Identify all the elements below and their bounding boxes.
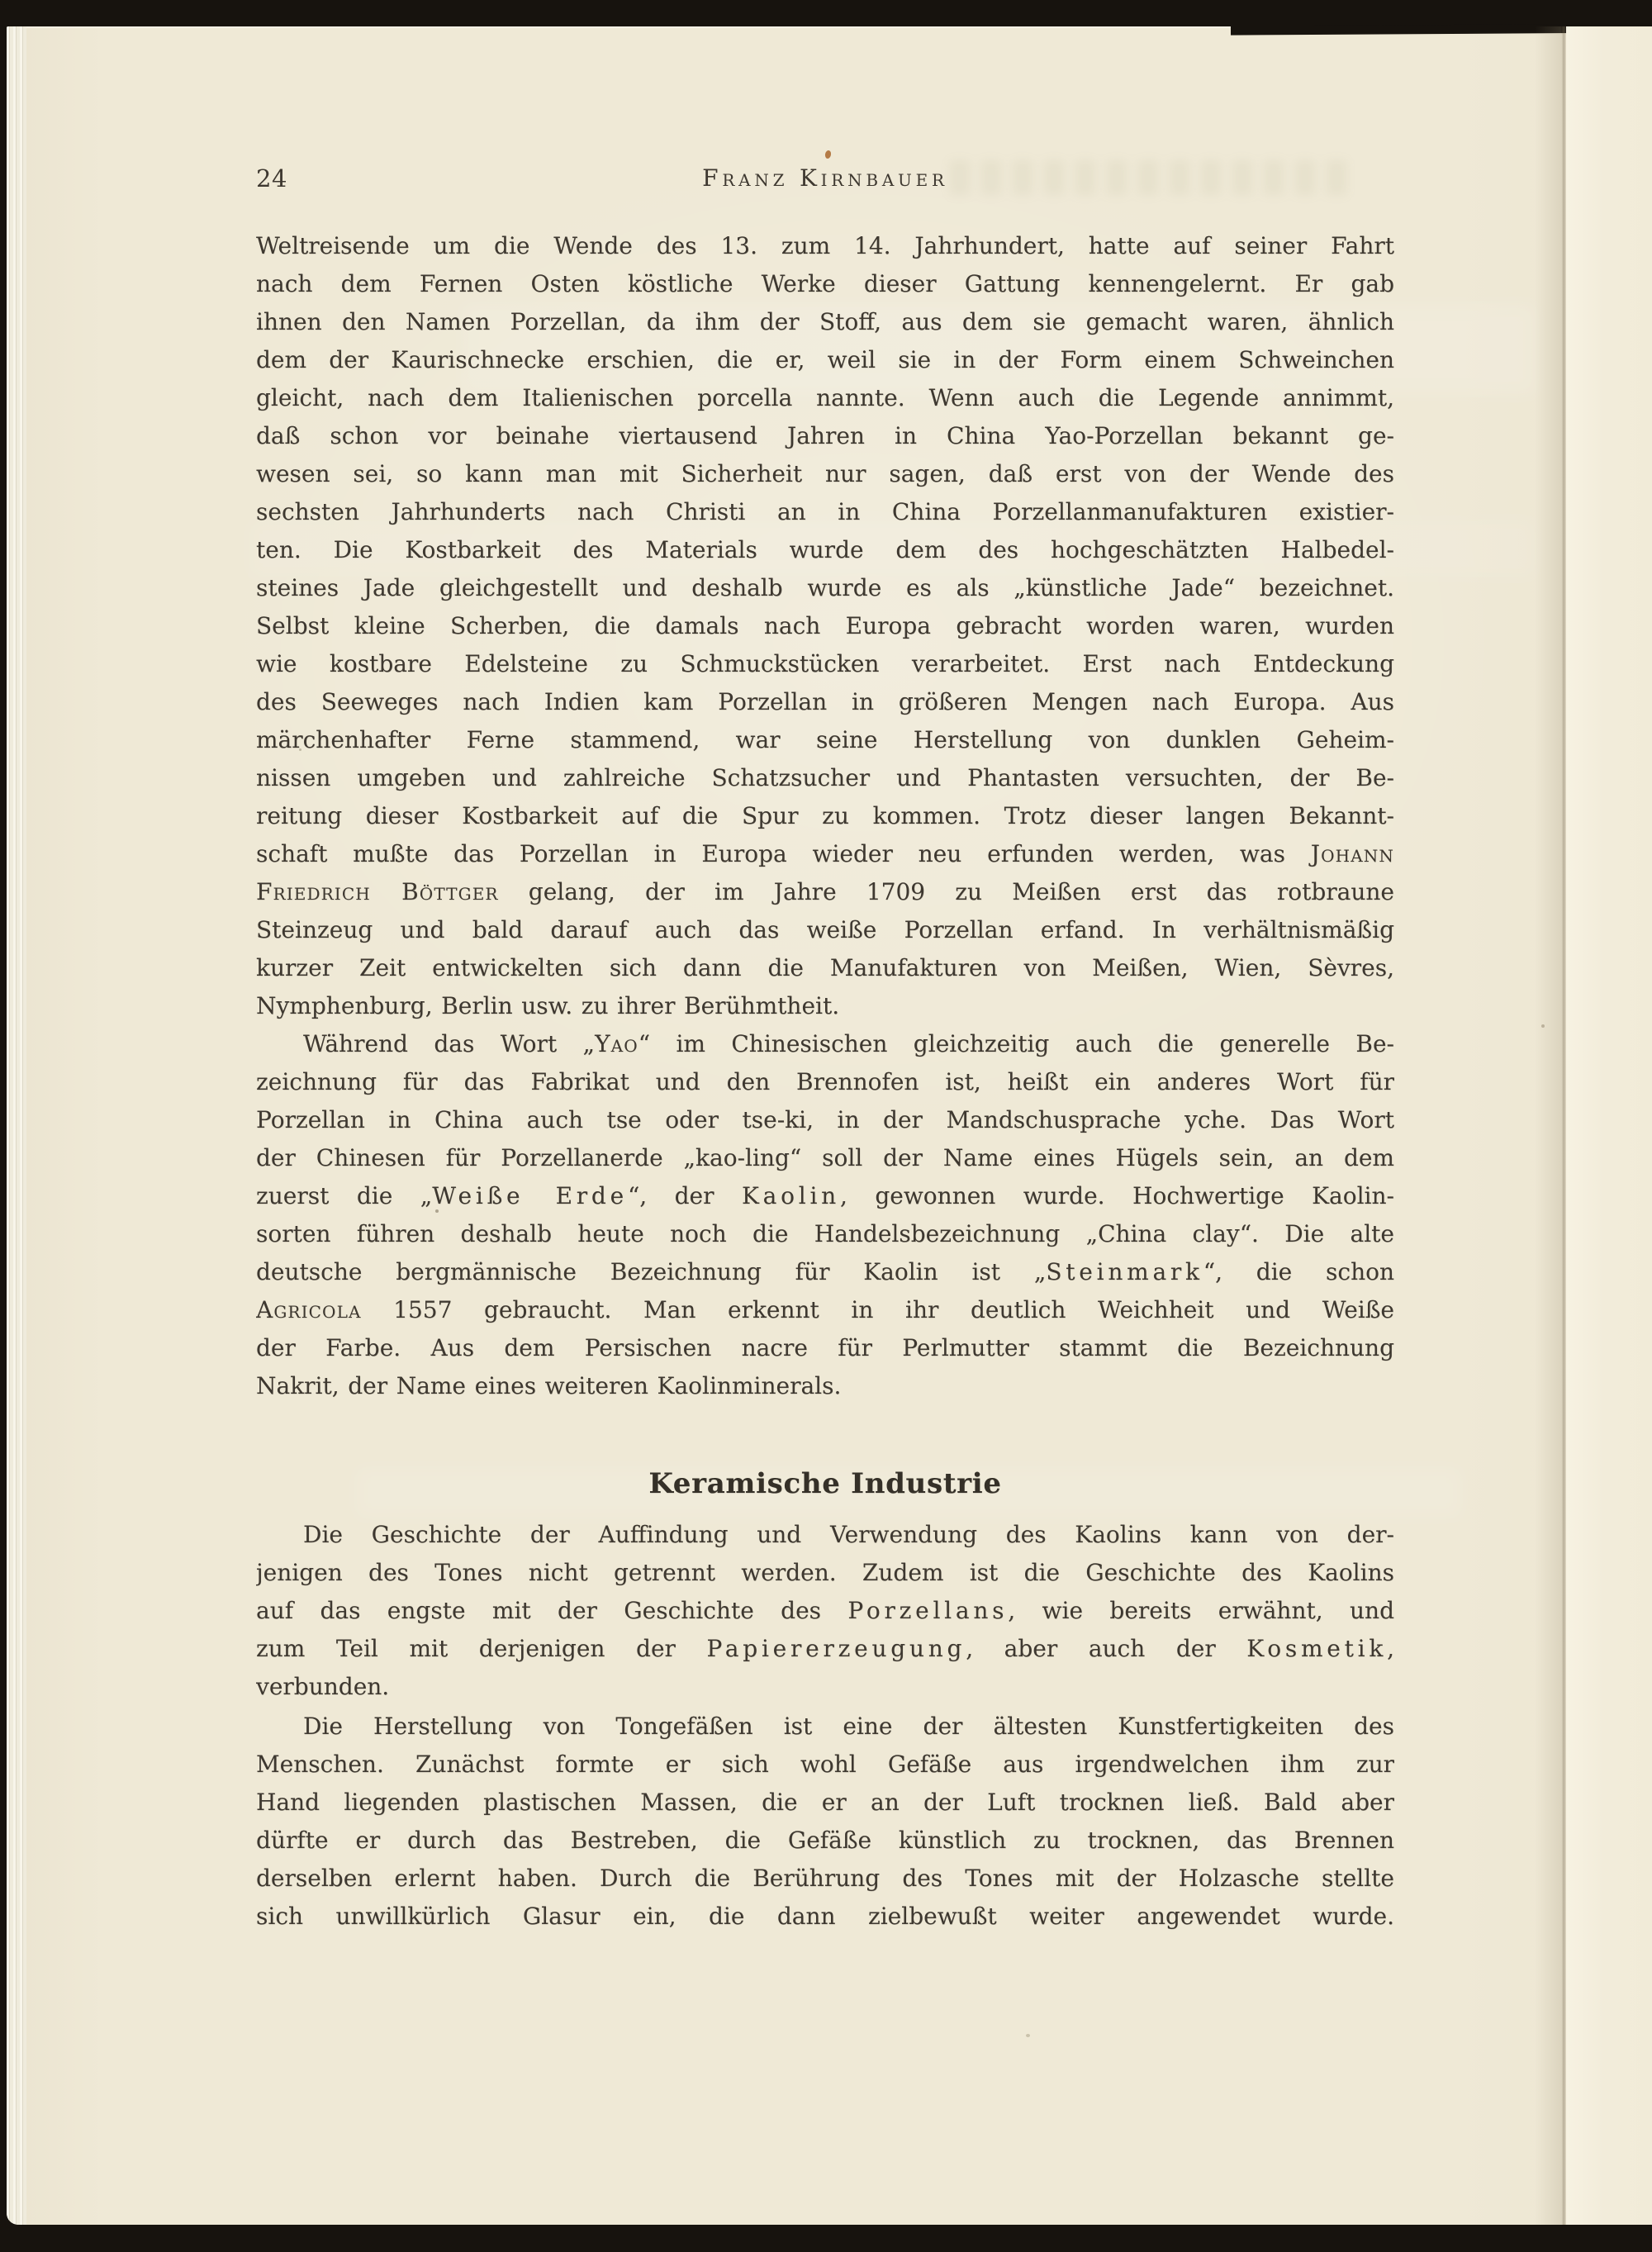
text-segment: , aber auch der	[966, 1635, 1246, 1662]
text-segment: wesen sei, so kann man mit Sicherheit nu…	[256, 460, 1394, 487]
text-line: jenigen des Tones nicht getrennt werden.…	[256, 1554, 1394, 1592]
text-segment: Die Geschichte der Auffindung und Verwen…	[303, 1521, 1394, 1548]
text-line: nach dem Fernen Osten köstliche Werke di…	[256, 265, 1394, 303]
text-line: Weltreisende um die Wende des 13. zum 14…	[256, 227, 1394, 265]
running-header: Franz Kirnbauer	[256, 164, 1394, 192]
text-segment: Nakrit, der Name eines weiteren Kaolinmi…	[256, 1372, 841, 1399]
text-line: reitung dieser Kostbarkeit auf die Spur …	[256, 797, 1394, 835]
text-line: dem der Kaurischnecke erschien, die er, …	[256, 341, 1394, 379]
gutter-shadow	[1535, 26, 1561, 2225]
text-segment: der Farbe. Aus dem Persischen nacre für …	[256, 1334, 1394, 1361]
text-segment: deutsche bergmännische Bezeichnung für K…	[256, 1258, 1046, 1285]
text-line: Selbst kleine Scherben, die damals nach …	[256, 607, 1394, 645]
text-segment: Menschen. Zunächst formte er sich wohl G…	[256, 1751, 1394, 1778]
text-line: Die Geschichte der Auffindung und Verwen…	[256, 1516, 1394, 1554]
text-line: Nymphenburg, Berlin usw. zu ihrer Berühm…	[256, 987, 1394, 1025]
text-line: verbunden.	[256, 1668, 1394, 1706]
page-edge-stack	[7, 26, 26, 2225]
paragraph: Weltreisende um die Wende des 13. zum 14…	[256, 227, 1394, 1025]
text-segment: auf das engste mit der Geschichte des	[256, 1597, 847, 1624]
text-segment: Die Herstellung von Tongefäßen ist eine …	[303, 1713, 1394, 1740]
text-segment: gleicht, nach dem Italienischen porcella…	[256, 384, 1394, 411]
text-line: wie kostbare Edelsteine zu Schmuckstücke…	[256, 645, 1394, 683]
text-line: Friedrich Böttger gelang, der im Jahre 1…	[256, 873, 1394, 911]
text-segment: märchenhafter Ferne stammend, war seine …	[256, 726, 1394, 753]
text-segment: ,	[1387, 1635, 1394, 1662]
text-segment: nach dem Fernen Osten köstliche Werke di…	[256, 270, 1394, 297]
text-line: dürfte er durch das Bestreben, die Gefäß…	[256, 1822, 1394, 1860]
text-line: Die Herstellung von Tongefäßen ist eine …	[256, 1708, 1394, 1746]
text-line: Porzellan in China auch tse oder tse-ki,…	[256, 1101, 1394, 1139]
text-segment: Porzellan in China auch tse oder tse-ki,…	[256, 1106, 1394, 1133]
small-caps-name: Friedrich Böttger	[256, 878, 499, 905]
text-segment: “ im Chinesischen gleichzeitig auch die …	[638, 1030, 1394, 1057]
text-segment: sechsten Jahrhunderts nach Christi an in…	[256, 498, 1394, 525]
text-segment: dürfte er durch das Bestreben, die Gefäß…	[256, 1827, 1394, 1854]
text-line: zuerst die „Weiße Erde“, der Kaolin, gew…	[256, 1177, 1394, 1215]
text-segment: jenigen des Tones nicht getrennt werden.…	[256, 1559, 1394, 1586]
text-segment: gelang, der im Jahre 1709 zu Meißen erst…	[499, 878, 1394, 905]
text-segment: derselben erlernt haben. Durch die Berüh…	[256, 1865, 1394, 1892]
text-segment: ihnen den Namen Porzellan, da ihm der St…	[256, 308, 1394, 335]
text-segment: des Seeweges nach Indien kam Porzellan i…	[256, 688, 1394, 715]
letterspaced-term: Kosmetik	[1246, 1635, 1387, 1662]
text-segment: sorten führen deshalb heute noch die Han…	[256, 1220, 1394, 1247]
text-segment: , gewonnen wurde. Hochwertige Kaolin-	[840, 1182, 1394, 1209]
letterspaced-term: Weiße Erde	[432, 1182, 628, 1209]
text-line: Agricola 1557 gebraucht. Man erkennt in …	[256, 1291, 1394, 1329]
text-segment: zum Teil mit derjenigen der	[256, 1635, 706, 1662]
letterspaced-term: Kaolin	[742, 1182, 840, 1209]
text-line: ihnen den Namen Porzellan, da ihm der St…	[256, 303, 1394, 341]
text-segment: 1557 gebraucht. Man erkennt in ihr deutl…	[362, 1296, 1394, 1323]
text-line: der Chinesen für Porzellanerde „kao-ling…	[256, 1139, 1394, 1177]
text-segment: zuerst die „	[256, 1182, 432, 1209]
text-line: zum Teil mit derjenigen der Papiererzeug…	[256, 1630, 1394, 1668]
text-line: daß schon vor beinahe viertausend Jahren…	[256, 417, 1394, 455]
text-segment: wie kostbare Edelsteine zu Schmuckstücke…	[256, 650, 1394, 677]
text-line: Steinzeug und bald darauf auch das weiße…	[256, 911, 1394, 949]
text-line: Während das Wort „Yao“ im Chinesischen g…	[256, 1025, 1394, 1063]
text-line: gleicht, nach dem Italienischen porcella…	[256, 379, 1394, 417]
body-text: Weltreisende um die Wende des 13. zum 14…	[256, 227, 1394, 1936]
text-segment: Selbst kleine Scherben, die damals nach …	[256, 612, 1394, 639]
small-caps-name: Yao	[595, 1030, 638, 1057]
text-line: sich unwillkürlich Glasur ein, die dann …	[256, 1898, 1394, 1936]
adjacent-page-edge	[1566, 26, 1652, 2225]
text-line: ten. Die Kostbarkeit des Materials wurde…	[256, 531, 1394, 569]
text-line: zeichnung für das Fabrikat und den Brenn…	[256, 1063, 1394, 1101]
text-segment: Hand liegenden plastischen Massen, die e…	[256, 1789, 1394, 1816]
letterspaced-term: Porzellans	[847, 1597, 1008, 1624]
text-segment: , wie bereits erwähnt, und	[1008, 1597, 1394, 1624]
page-header: 24 Franz Kirnbauer	[256, 164, 1394, 192]
dust-speck	[1026, 2034, 1030, 2037]
text-line: sorten führen deshalb heute noch die Han…	[256, 1215, 1394, 1253]
text-segment: kurzer Zeit entwickelten sich dann die M…	[256, 954, 1394, 981]
text-segment: Weltreisende um die Wende des 13. zum 14…	[256, 232, 1394, 259]
text-segment: “, die schon	[1203, 1258, 1394, 1285]
paragraph: Während das Wort „Yao“ im Chinesischen g…	[256, 1025, 1394, 1405]
text-segment: dem der Kaurischnecke erschien, die er, …	[256, 346, 1394, 373]
letterspaced-term: Papiererzeugung	[706, 1635, 966, 1662]
text-line: schaft mußte das Porzellan in Europa wie…	[256, 835, 1394, 873]
text-line: auf das engste mit der Geschichte des Po…	[256, 1592, 1394, 1630]
text-line: deutsche bergmännische Bezeichnung für K…	[256, 1253, 1394, 1291]
text-line: kurzer Zeit entwickelten sich dann die M…	[256, 949, 1394, 987]
text-segment: sich unwillkürlich Glasur ein, die dann …	[256, 1903, 1394, 1930]
text-segment: schaft mußte das Porzellan in Europa wie…	[256, 840, 1311, 867]
section-heading: Keramische Industrie	[256, 1467, 1394, 1500]
letterspaced-term: Steinmark	[1046, 1258, 1203, 1285]
text-line: wesen sei, so kann man mit Sicherheit nu…	[256, 455, 1394, 493]
text-line: derselben erlernt haben. Durch die Berüh…	[256, 1860, 1394, 1898]
text-segment: reitung dieser Kostbarkeit auf die Spur …	[256, 802, 1394, 829]
text-line: der Farbe. Aus dem Persischen nacre für …	[256, 1329, 1394, 1367]
text-line: Menschen. Zunächst formte er sich wohl G…	[256, 1746, 1394, 1784]
text-segment: “, der	[628, 1182, 742, 1209]
text-segment: Während das Wort „	[303, 1030, 595, 1057]
text-segment: daß schon vor beinahe viertausend Jahren…	[256, 422, 1394, 449]
text-line: des Seeweges nach Indien kam Porzellan i…	[256, 683, 1394, 721]
paragraph: Die Herstellung von Tongefäßen ist eine …	[256, 1708, 1394, 1936]
text-segment: nissen umgeben und zahlreiche Schatzsuch…	[256, 764, 1394, 791]
text-line: Nakrit, der Name eines weiteren Kaolinmi…	[256, 1367, 1394, 1405]
scan-backdrop: 24 Franz Kirnbauer Weltreisende um die W…	[0, 0, 1652, 2252]
text-segment: Nymphenburg, Berlin usw. zu ihrer Berühm…	[256, 992, 839, 1019]
text-segment: ten. Die Kostbarkeit des Materials wurde…	[256, 536, 1394, 563]
text-segment: steines Jade gleichgestellt und deshalb …	[256, 574, 1394, 601]
text-line: steines Jade gleichgestellt und deshalb …	[256, 569, 1394, 607]
text-line: märchenhafter Ferne stammend, war seine …	[256, 721, 1394, 759]
text-line: nissen umgeben und zahlreiche Schatzsuch…	[256, 759, 1394, 797]
small-caps-name: Agricola	[256, 1296, 362, 1323]
text-line: sechsten Jahrhunderts nach Christi an in…	[256, 493, 1394, 531]
small-caps-name: Johann	[1311, 840, 1394, 867]
text-segment: der Chinesen für Porzellanerde „kao-ling…	[256, 1144, 1394, 1171]
text-segment: verbunden.	[256, 1673, 389, 1700]
paragraph: Die Geschichte der Auffindung und Verwen…	[256, 1516, 1394, 1706]
text-segment: zeichnung für das Fabrikat und den Brenn…	[256, 1068, 1394, 1095]
text-segment: Steinzeug und bald darauf auch das weiße…	[256, 916, 1394, 943]
text-line: Hand liegenden plastischen Massen, die e…	[256, 1784, 1394, 1822]
